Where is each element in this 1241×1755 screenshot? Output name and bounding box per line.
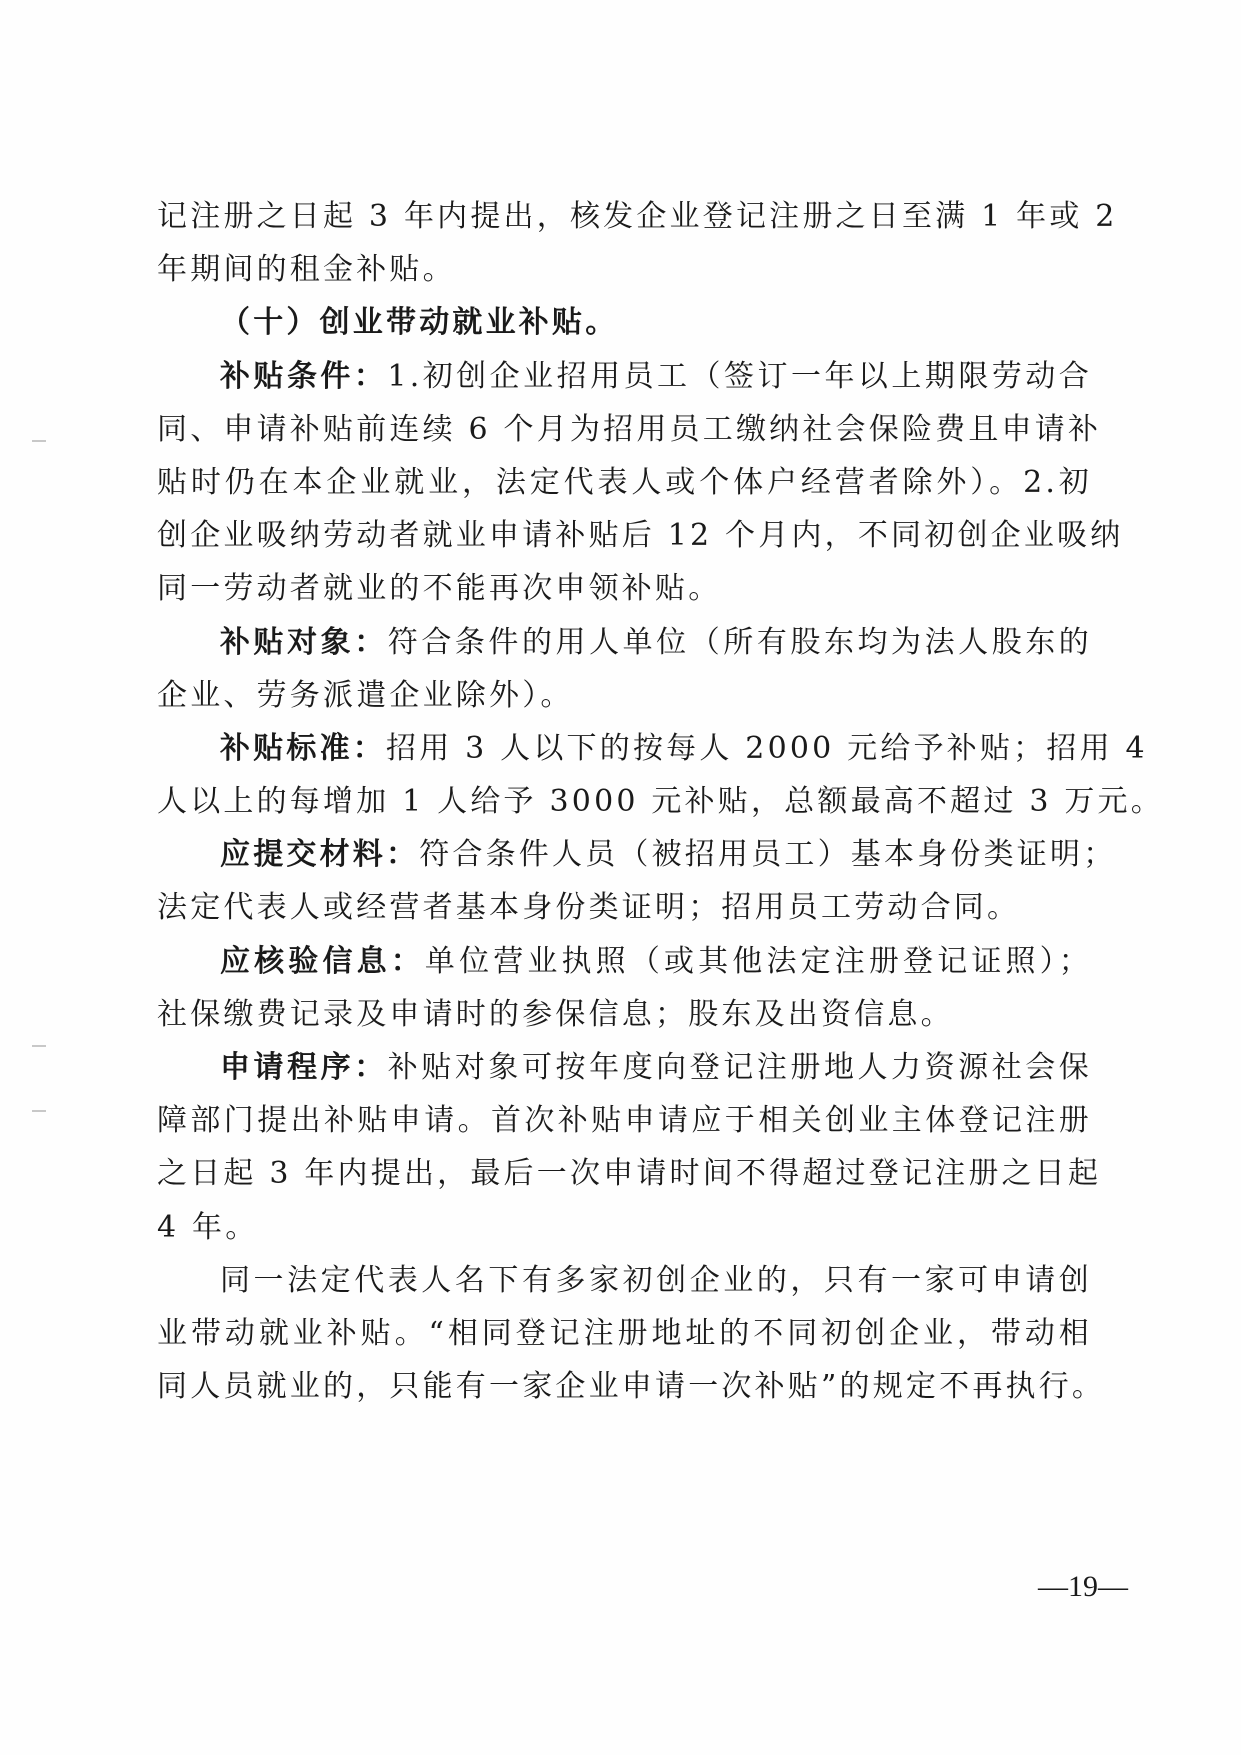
text-line: 贴时仍在本企业就业，法定代表人或个体户经营者除外）。2.初 (157, 456, 1092, 509)
field-text: 招用 3 人以下的按每人 2000 元给予补贴；招用 4 (386, 731, 1148, 766)
text-line: 企业、劳务派遣企业除外）。 (157, 669, 1092, 722)
text-line: 同一劳动者就业的不能再次申领补贴。 (157, 562, 1092, 615)
text-line: 记注册之日起 3 年内提出，核发企业登记注册之日至满 1 年或 2 (157, 190, 1092, 243)
field-text: 1.初创企业招用员工（签订一年以上期限劳动合 (387, 359, 1092, 394)
field-label: 补贴条件： (220, 359, 387, 394)
field-text: 符合条件的用人单位（所有股东均为法人股东的 (388, 625, 1092, 660)
text-line: 同、申请补贴前连续 6 个月为招用员工缴纳社会保险费且申请补 (157, 403, 1092, 456)
text-line: 申请程序：补贴对象可按年度向登记注册地人力资源社会保 (157, 1041, 1092, 1094)
text-line: 补贴条件：1.初创企业招用员工（签订一年以上期限劳动合 (157, 350, 1092, 403)
text-line: 应提交材料：符合条件人员（被招用员工）基本身份类证明； (157, 828, 1092, 881)
text-line: 创企业吸纳劳动者就业申请补贴后 12 个月内，不同初创企业吸纳 (157, 509, 1092, 562)
scan-mark (32, 1045, 46, 1047)
text-line: 同一法定代表人名下有多家初创企业的，只有一家可申请创 (157, 1254, 1092, 1307)
field-text: 符合条件人员（被招用员工）基本身份类证明； (419, 837, 1116, 872)
text-line: 补贴对象：符合条件的用人单位（所有股东均为法人股东的 (157, 616, 1092, 669)
text-line: 业带动就业补贴。“相同登记注册地址的不同初创企业，带动相 (157, 1307, 1092, 1360)
section-heading: （十）创业带动就业补贴。 (157, 296, 1092, 349)
body-text: 记注册之日起 3 年内提出，核发企业登记注册之日至满 1 年或 2 年期间的租金… (157, 190, 1092, 1413)
field-text: 补贴对象可按年度向登记注册地人力资源社会保 (388, 1050, 1092, 1085)
text-line: 社保缴费记录及申请时的参保信息；股东及出资信息。 (157, 988, 1092, 1041)
scan-mark (32, 440, 46, 442)
text-line: 应核验信息：单位营业执照（或其他法定注册登记证照）； (157, 935, 1092, 988)
text-line: 补贴标准：招用 3 人以下的按每人 2000 元给予补贴；招用 4 (157, 722, 1092, 775)
field-label: 应提交材料： (220, 837, 419, 872)
text-line: 障部门提出补贴申请。首次补贴申请应于相关创业主体登记注册 (157, 1094, 1092, 1147)
field-label: 补贴标准： (220, 731, 386, 766)
text-line: 之日起 3 年内提出，最后一次申请时间不得超过登记注册之日起 (157, 1147, 1092, 1200)
text-line: 同人员就业的，只能有一家企业申请一次补贴”的规定不再执行。 (157, 1360, 1092, 1413)
text-line: 年期间的租金补贴。 (157, 243, 1092, 296)
document-page: 记注册之日起 3 年内提出，核发企业登记注册之日至满 1 年或 2 年期间的租金… (0, 0, 1241, 1755)
text-line: 4 年。 (157, 1201, 1092, 1254)
text-line: 人以上的每增加 1 人给予 3000 元补贴，总额最高不超过 3 万元。 (157, 775, 1092, 828)
field-label: 申请程序： (220, 1050, 388, 1085)
field-text: 单位营业执照（或其他法定注册登记证照）； (425, 944, 1092, 979)
field-label: 应核验信息： (220, 944, 425, 979)
scan-mark (32, 1110, 46, 1112)
text-line: 法定代表人或经营者基本身份类证明；招用员工劳动合同。 (157, 881, 1092, 934)
field-label: 补贴对象： (220, 625, 388, 660)
page-number: —19— (1038, 1570, 1128, 1604)
